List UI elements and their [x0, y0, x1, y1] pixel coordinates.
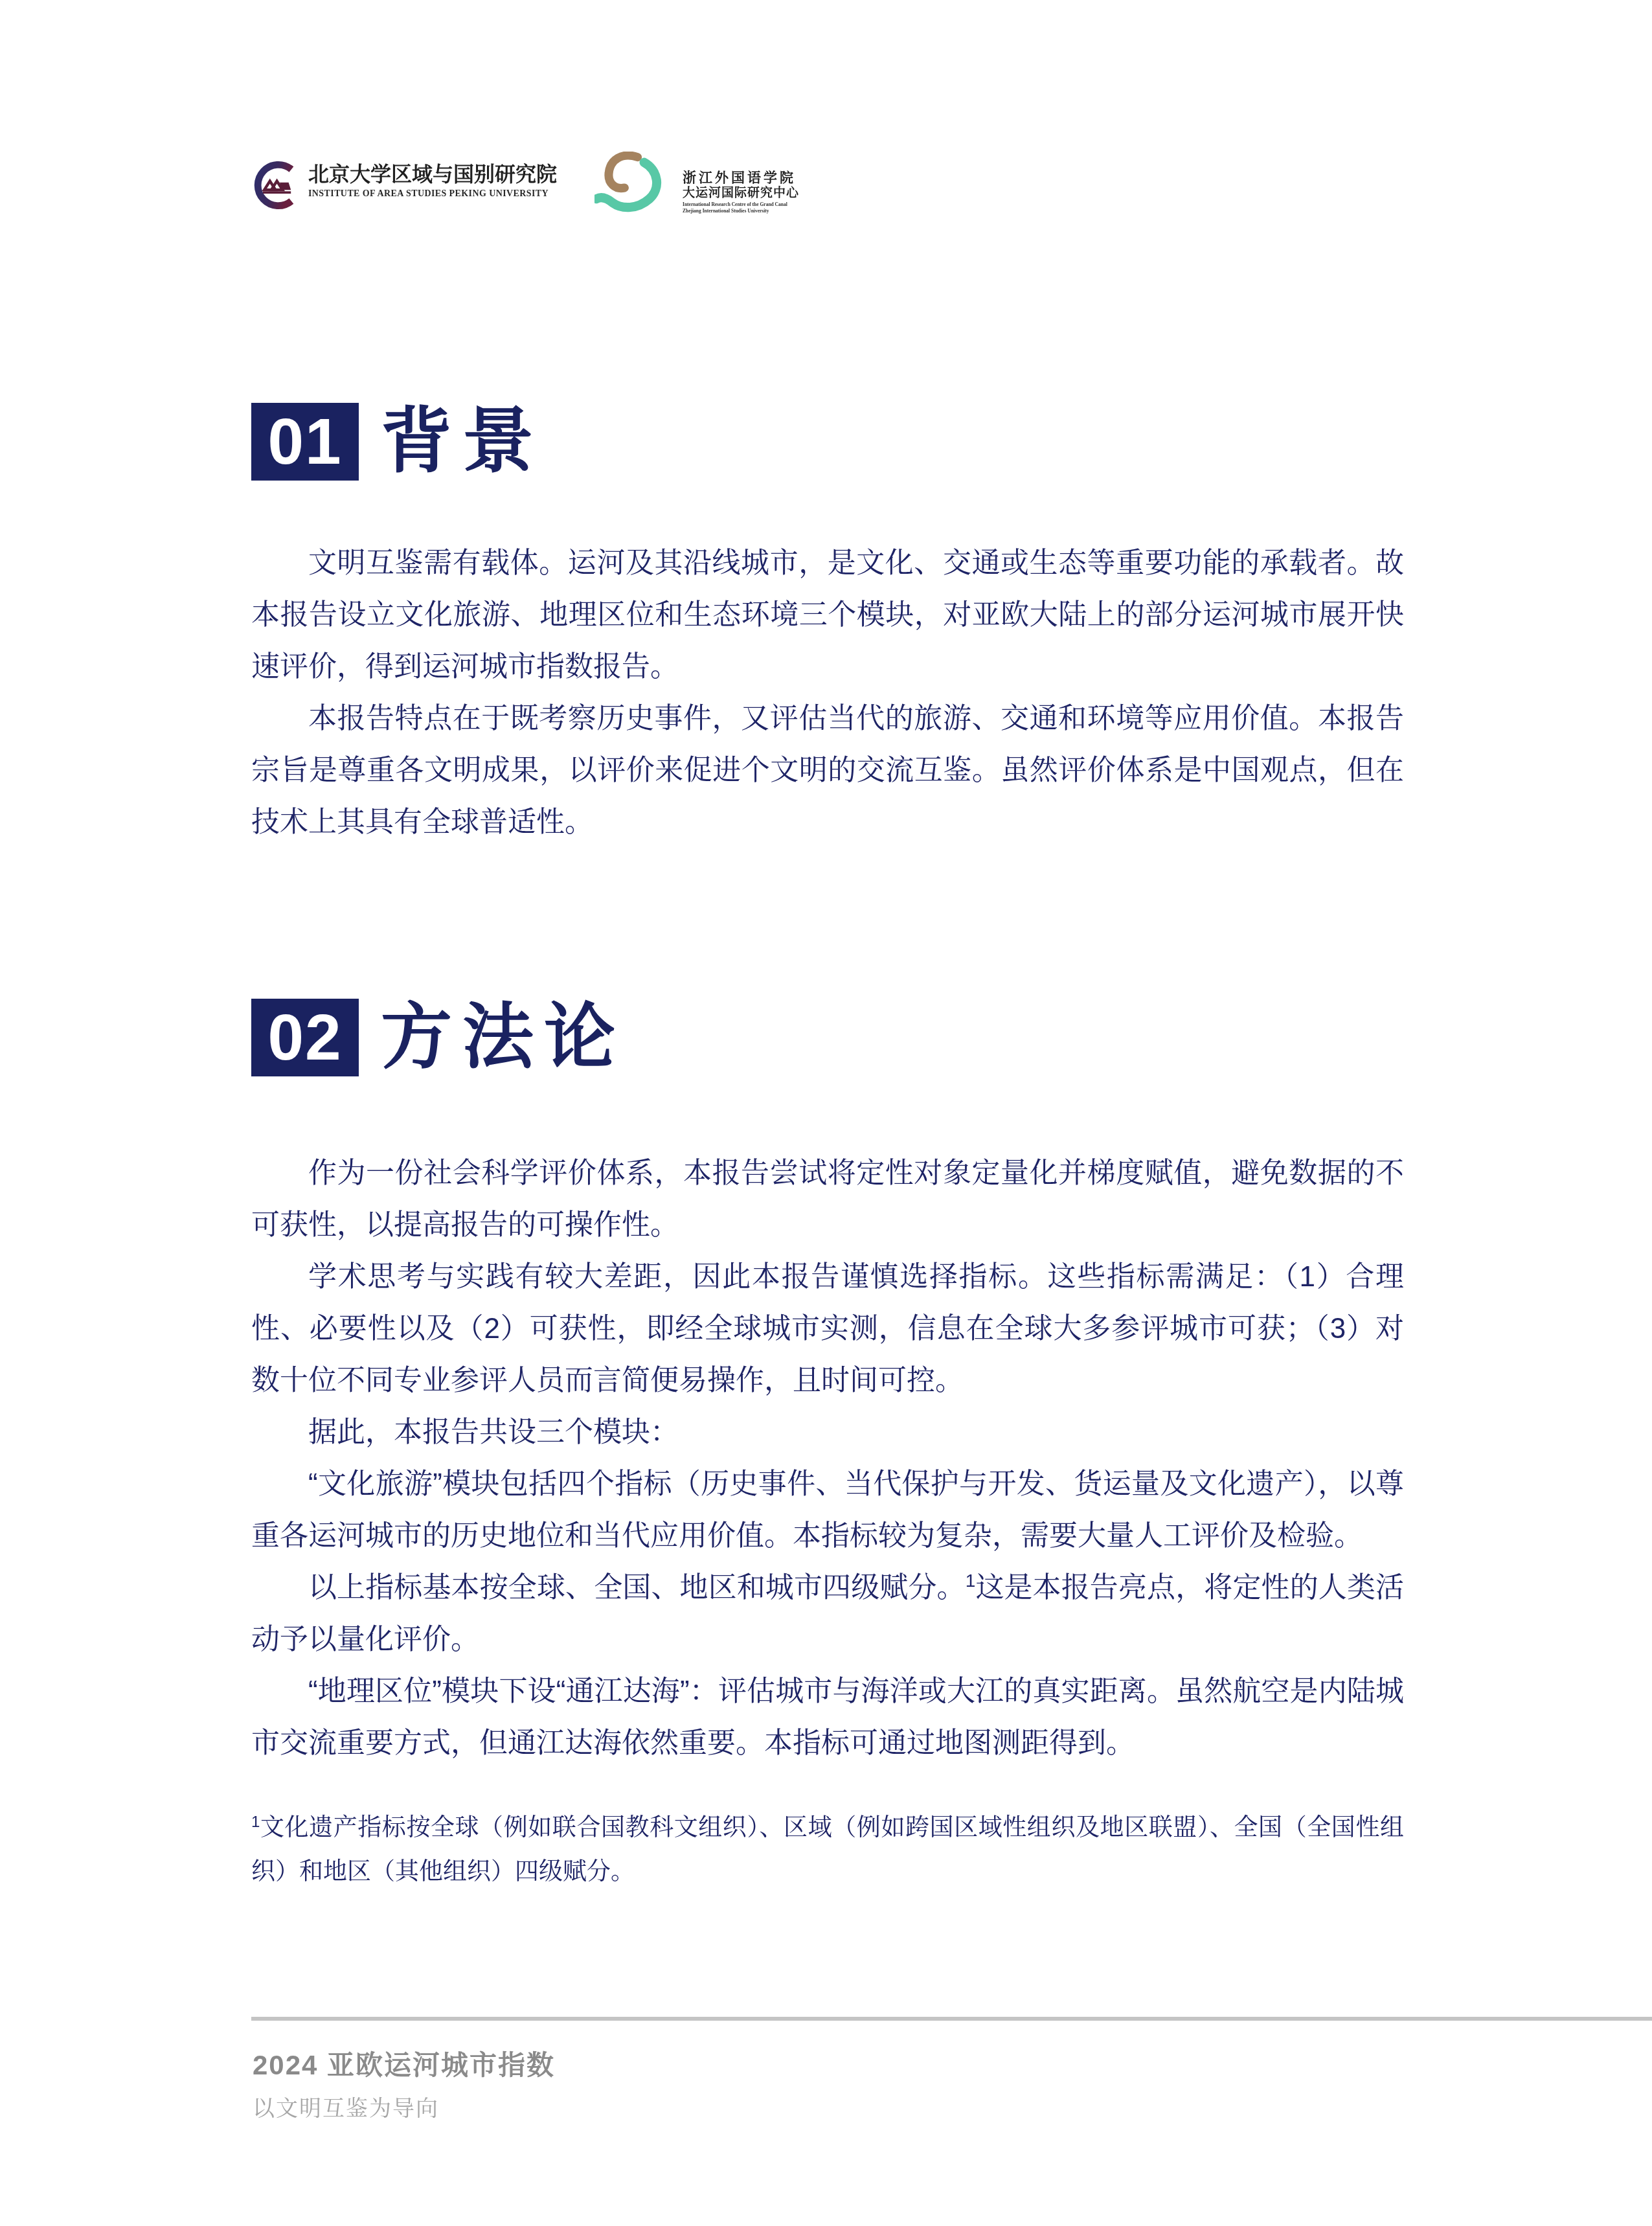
section-title: 背景	[381, 403, 544, 481]
grand-canal-centre-text: 浙江外国语学院 大运河国际研究中心 International Research…	[683, 170, 799, 214]
section-number-badge: 02	[251, 999, 359, 1076]
footnote-text: 文化遗产指标按全球（例如联合国教科文组织）、区域（例如跨国区域性组织及地区联盟）…	[251, 1814, 1404, 1885]
section-background-body: 文明互鉴需有载体。运河及其沿线城市，是文化、交通或生态等重要功能的承载者。故本报…	[251, 538, 1404, 848]
paragraph: 文明互鉴需有载体。运河及其沿线城市，是文化、交通或生态等重要功能的承载者。故本报…	[251, 538, 1404, 693]
paragraph: 本报告特点在于既考察历史事件，又评估当代的旅游、交通和环境等应用价值。本报告宗旨…	[251, 693, 1404, 848]
canal-swirl-icon	[594, 152, 676, 224]
grand-canal-centre-logo: 浙江外国语学院 大运河国际研究中心 International Research…	[594, 152, 799, 224]
paragraph: 作为一份社会科学评价体系，本报告尝试将定性对象定量化并梯度赋值，避免数据的不可获…	[251, 1148, 1404, 1251]
paragraph: “地理区位”模块下设“通江达海”：评估城市与海洋或大江的真实距离。虽然航空是内陆…	[251, 1666, 1404, 1769]
canal-centre-name-en: International Research Centre of the Gra…	[683, 201, 799, 208]
pku-logo-subtitle: INSTITUTE OF AREA STUDIES PEKING UNIVERS…	[308, 188, 557, 201]
paragraph: “文化旅游”模块包括四个指标（历史事件、当代保护与开发、货运量及文化遗产），以尊…	[251, 1459, 1404, 1562]
zisu-name: 浙江外国语学院	[683, 170, 799, 186]
paragraph: 学术思考与实践有较大差距，因此本报告谨慎选择指标。这些指标需满足：（1）合理性、…	[251, 1251, 1404, 1407]
footer-divider	[251, 2017, 1652, 2021]
paragraph-text: 以上指标基本按全球、全国、地区和城市四级赋分。	[308, 1572, 966, 1604]
paragraph: 据此，本报告共设三个模块：	[251, 1407, 1404, 1459]
pku-logo: 北京大学区域与国别研究院 INSTITUTE OF AREA STUDIES P…	[251, 155, 557, 212]
paragraph-with-footnote-ref: 以上指标基本按全球、全国、地区和城市四级赋分。1这是本报告亮点，将定性的人类活动…	[251, 1562, 1404, 1666]
footnote-marker: 1	[251, 1813, 260, 1831]
zisu-name-en: Zhejiang International Studies Universit…	[683, 208, 799, 214]
section-header-methodology: 02 方法论	[251, 999, 626, 1076]
canal-centre-name: 大运河国际研究中心	[683, 186, 799, 201]
footer-report-subtitle: 以文明互鉴为导向	[253, 2091, 439, 2122]
section-methodology-body: 作为一份社会科学评价体系，本报告尝试将定性对象定量化并梯度赋值，避免数据的不可获…	[251, 1148, 1404, 1769]
pku-logo-text: 北京大学区域与国别研究院 INSTITUTE OF AREA STUDIES P…	[308, 155, 557, 201]
footnote-reference: 1	[966, 1571, 976, 1591]
footnote: 1文化遗产指标按全球（例如联合国教科文组织）、区域（例如跨国区域性组织及地区联盟…	[251, 1806, 1404, 1894]
footer-report-title: 2024 亚欧运河城市指数	[253, 2044, 555, 2083]
section-header-background: 01 背景	[251, 403, 544, 481]
pku-logo-title: 北京大学区域与国别研究院	[308, 161, 557, 188]
section-title: 方法论	[381, 999, 626, 1076]
pku-emblem-icon	[251, 158, 298, 212]
section-number-badge: 01	[251, 403, 359, 481]
report-page: 北京大学区域与国别研究院 INSTITUTE OF AREA STUDIES P…	[0, 0, 1652, 2226]
